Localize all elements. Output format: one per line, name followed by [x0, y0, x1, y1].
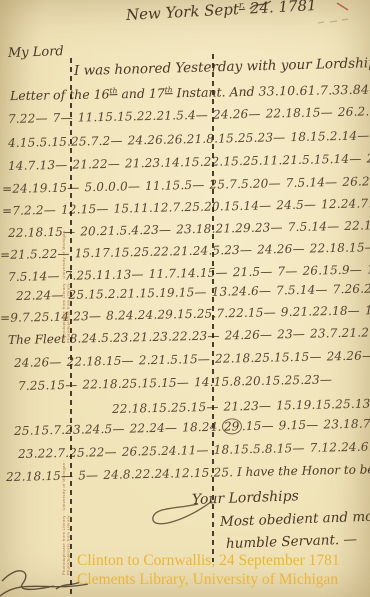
red-edge-mark	[337, 3, 348, 10]
library-watermark-text: Photoduplicate from Library · University…	[62, 195, 71, 343]
script-text: th	[165, 85, 173, 94]
cipher-line: 4.15.5.15.25.7.2— 24.26.26.21.8.15.25.23…	[8, 127, 370, 150]
caption-title: Clinton to Cornwallis, 24 September 1781	[77, 552, 340, 570]
script-text: Instant. And	[173, 84, 259, 100]
cipher-text: =21.5.22— 15.17.15.25.22.21.24.5.23— 24.…	[0, 239, 370, 262]
cipher-text: 22.18.15.25.15— 21.23— 15.19.15.25.13—	[112, 396, 370, 416]
cipher-text: =24.19.15— 5.0.0.0— 11.15.5— 25.7.5.20— …	[2, 172, 370, 196]
cipher-text: 22.18.15— 5— 24.8.22.24.12.15.25.	[6, 465, 234, 484]
cipher-line: 7.25.15— 22.18.25.15.15— 14.15.8.20.15.2…	[18, 372, 332, 393]
script-text: Most obedient and most	[220, 508, 370, 530]
closing-lordships: Your Lordships	[192, 488, 299, 508]
cipher-line: 24.26— 22.18.15— 2.21.5.15— 22.18.25.15.…	[14, 346, 370, 370]
cipher-line: 25.15.7.23.24.5— 22.24— 18.24.29.15— 9.1…	[14, 416, 370, 438]
caption-source: Clements Library, University of Michigan	[77, 571, 338, 589]
script-text: humble Servant. —	[226, 531, 357, 552]
library-watermark-text: Photoduplicate from Library · University…	[62, 455, 71, 575]
cipher-text: 8.24.5.23.21.23.22.23— 24.26— 23— 23.7.2…	[69, 325, 370, 346]
cipher-text: .15— 9.15— 23.18.7.2.2 —	[242, 416, 370, 434]
salutation: My Lord	[8, 44, 64, 61]
cipher-line: 14.7.13— 21.22— 21.23.14.15.22.15.25.11.…	[8, 149, 370, 173]
cipher-text: 4.15.5.15.25.7.2— 24.26.26.21.8.15.25.23…	[8, 127, 370, 150]
script-text: I was honored Yesterday with your Lordsh…	[74, 55, 370, 79]
cipher-line: =21.5.22— 15.17.15.25.22.21.24.5.23— 24.…	[0, 239, 370, 262]
script-text: The Fleet	[8, 332, 70, 347]
body-line: Letter of the 16th and 17th Instant. And…	[10, 82, 370, 104]
manuscript-photo: New York Septr. 24. 1781My LordI was hon…	[0, 0, 370, 597]
script-text: I have the Honor to be	[233, 462, 370, 479]
cipher-line: 22.18.15.25.15— 21.23— 15.19.15.25.13—	[112, 396, 370, 416]
cipher-line: =24.19.15— 5.0.0.0— 11.15.5— 25.7.5.20— …	[2, 172, 370, 196]
cipher-text: 33.10.61.7.33.84—	[258, 82, 370, 99]
script-text: New York Sept	[126, 0, 240, 24]
circled-cipher-number: 29	[221, 418, 242, 434]
script-text: Your Lordships	[192, 488, 299, 508]
fold-crease-right	[212, 54, 214, 562]
cipher-line: =7.2.2— 12.15— 15.11.12.7.25.20.15.14— 2…	[2, 195, 370, 218]
closing-servant: humble Servant. —	[226, 531, 357, 552]
faded-ink-marks	[318, 19, 348, 23]
cipher-line: 22.18.15— 5— 24.8.22.24.12.15.25. I have…	[6, 462, 370, 484]
script-text: and 17	[117, 85, 165, 101]
cipher-line: =9.7.25.14.23— 8.24.24.29.15.25.7.22.15—…	[0, 302, 370, 325]
cipher-line: 7.22— 7— 11.15.15.22.21.5.4— 24.26— 22.1…	[8, 103, 370, 126]
closing-obedient: Most obedient and most	[220, 508, 370, 530]
cipher-text: 25.15.7.23.24.5— 22.24— 18.24.	[14, 420, 222, 438]
cipher-text: 7.22— 7— 11.15.15.22.21.5.4— 24.26— 22.1…	[8, 103, 370, 126]
cipher-text: 7.25.15— 22.18.25.15.15— 14.15.8.20.15.2…	[18, 372, 332, 393]
cipher-text: 14.7.13— 21.22— 21.23.14.15.22.15.25.11.…	[8, 149, 370, 173]
script-text: Letter of the 16	[10, 86, 110, 103]
script-text: My Lord	[8, 44, 64, 61]
cipher-text: =7.2.2— 12.15— 15.11.12.7.25.20.15.14— 2…	[2, 195, 370, 218]
cipher-text: 24.26— 22.18.15— 2.21.5.15— 22.18.25.15.…	[14, 346, 370, 370]
cipher-text: =9.7.25.14.23— 8.24.24.29.15.25.7.22.15—…	[0, 302, 370, 325]
body-opening: I was honored Yesterday with your Lordsh…	[74, 55, 370, 79]
dateline: New York Septr. 24. 1781	[126, 0, 318, 24]
script-text: 24. 1781	[245, 0, 317, 18]
signature-scrawl	[0, 571, 88, 596]
